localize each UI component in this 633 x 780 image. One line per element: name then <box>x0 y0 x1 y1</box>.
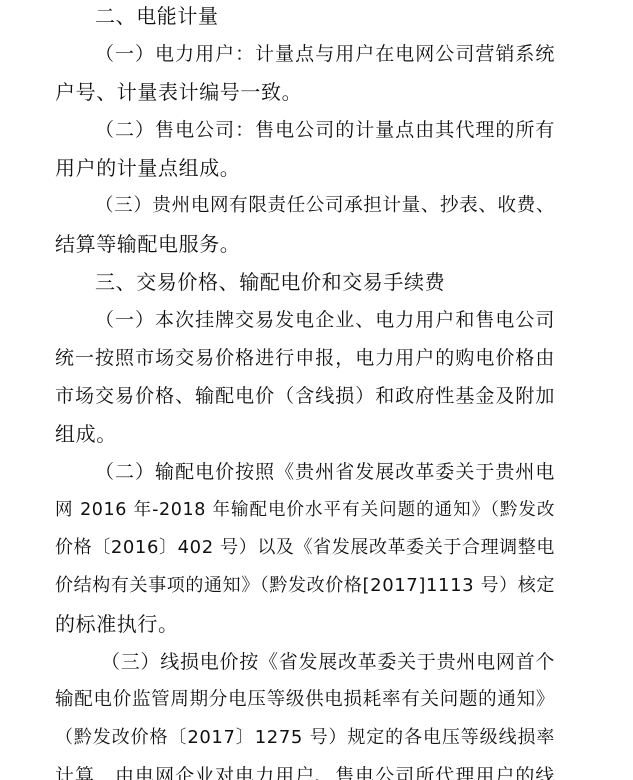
paragraph-line: 输配电价监管周期分电压等级供电损耗率有关问题的通知》 <box>55 688 555 712</box>
paragraph-line: 结算等输配电服务。 <box>55 232 555 256</box>
paragraph-line: 价格〔2016〕402 号）以及《省发展改革委关于合理调整电 <box>55 536 555 560</box>
paragraph-line: （三）线损电价按《省发展改革委关于贵州电网首个 <box>101 650 555 674</box>
section-heading-metering: 二、电能计量 <box>95 4 555 28</box>
paragraph-line: （一）本次挂牌交易发电企业、电力用户和售电公司 <box>95 308 555 332</box>
paragraph-line: 统一按照市场交易价格进行申报，电力用户的购电价格由 <box>55 346 555 370</box>
paragraph-line: 计算，由电网企业对电力用户、售电公司所代理用户的线 <box>55 764 555 780</box>
section-heading-pricing: 三、交易价格、输配电价和交易手续费 <box>95 270 555 294</box>
paragraph-line: 的标准执行。 <box>55 612 555 636</box>
paragraph-line: 网 2016 年-2018 年输配电价水平有关问题的通知》（黔发改 <box>55 498 555 522</box>
paragraph-line: 价结构有关事项的通知》（黔发改价格[2017]1113 号）核定 <box>55 574 555 598</box>
document-page: 二、电能计量 （一）电力用户：计量点与用户在电网公司营销系统 户号、计量表计编号… <box>0 0 633 780</box>
paragraph-line: 组成。 <box>55 422 555 446</box>
paragraph-line: （二）售电公司：售电公司的计量点由其代理的所有 <box>95 118 555 142</box>
paragraph-line: （一）电力用户：计量点与用户在电网公司营销系统 <box>95 42 555 66</box>
paragraph-line: （三）贵州电网有限责任公司承担计量、抄表、收费、 <box>95 194 555 218</box>
paragraph-line: （黔发改价格〔2017〕1275 号）规定的各电压等级线损率 <box>55 726 555 750</box>
paragraph-line: 用户的计量点组成。 <box>55 156 555 180</box>
paragraph-line: 户号、计量表计编号一致。 <box>55 80 555 104</box>
paragraph-line: （二）输配电价按照《贵州省发展改革委关于贵州电 <box>95 460 555 484</box>
paragraph-line: 市场交易价格、输配电价（含线损）和政府性基金及附加 <box>55 384 555 408</box>
